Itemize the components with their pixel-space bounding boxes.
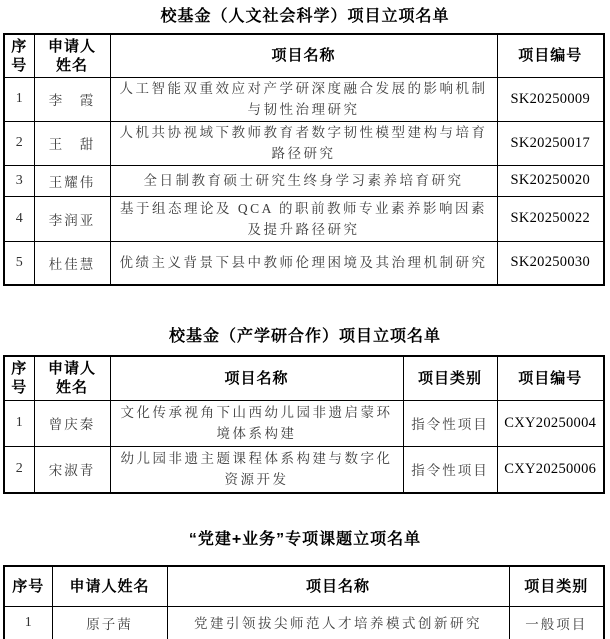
section1-title: 校基金（人文社会科学）项目立项名单 <box>0 7 610 26</box>
header-project: 项目名称 <box>110 356 403 400</box>
document-page: { "colors": { "border": "#000000", "titl… <box>0 0 610 639</box>
table-header-row: 序 号 申请人 姓名 项目名称 项目类别 项目编号 <box>4 356 604 400</box>
table-header-row: 序号 申请人姓名 项目名称 项目类别 <box>4 566 604 606</box>
header-seq: 序 号 <box>4 34 34 77</box>
header-code: 项目编号 <box>497 356 604 400</box>
table-row: 3 王耀伟 全日制教育硕士研究生终身学习素养培育研究 SK20250020 <box>4 165 604 196</box>
header-category: 项目类别 <box>509 566 604 606</box>
section2-title: 校基金（产学研合作）项目立项名单 <box>0 327 610 346</box>
cell-applicant: 王耀伟 <box>34 165 110 196</box>
header-applicant: 申请人 姓名 <box>34 34 110 77</box>
table-row: 5 杜佳慧 优绩主义背景下县中教师伦理困境及其治理机制研究 SK20250030 <box>4 241 604 285</box>
table-row: 4 李润亚 基于组态理论及 QCA 的职前教师专业素养影响因素及提升路径研究 S… <box>4 196 604 241</box>
cell-applicant: 李润亚 <box>34 196 110 241</box>
cell-project: 文化传承视角下山西幼儿园非遗启蒙环境体系构建 <box>110 400 403 446</box>
cell-seq: 5 <box>4 241 34 285</box>
cell-seq: 4 <box>4 196 34 241</box>
section3-title: “党建+业务”专项课题立项名单 <box>0 530 610 549</box>
cell-applicant: 宋淑青 <box>34 446 110 493</box>
cell-seq: 3 <box>4 165 34 196</box>
cell-code: SK20250017 <box>497 121 604 165</box>
table-row: 2 宋淑青 幼儿园非遗主题课程体系构建与数字化资源开发 指令性项目 CXY202… <box>4 446 604 493</box>
header-category: 项目类别 <box>403 356 497 400</box>
table-row: 1 原子茜 党建引领拔尖师范人才培养模式创新研究 一般项目 <box>4 606 604 639</box>
header-applicant: 申请人姓名 <box>52 566 167 606</box>
cell-code: CXY20250006 <box>497 446 604 493</box>
cell-project: 党建引领拔尖师范人才培养模式创新研究 <box>167 606 509 639</box>
cell-seq: 2 <box>4 446 34 493</box>
table-industry-cooperation-projects: 序 号 申请人 姓名 项目名称 项目类别 项目编号 1 曾庆秦 文化传承视角下山… <box>3 355 605 494</box>
table-party-building-projects: 序号 申请人姓名 项目名称 项目类别 1 原子茜 党建引领拔尖师范人才培养模式创… <box>3 565 605 639</box>
cell-seq: 1 <box>4 400 34 446</box>
cell-project: 幼儿园非遗主题课程体系构建与数字化资源开发 <box>110 446 403 493</box>
cell-applicant: 王 甜 <box>34 121 110 165</box>
cell-seq: 2 <box>4 121 34 165</box>
cell-applicant: 曾庆秦 <box>34 400 110 446</box>
cell-project: 优绩主义背景下县中教师伦理困境及其治理机制研究 <box>110 241 497 285</box>
cell-category: 指令性项目 <box>403 446 497 493</box>
cell-project: 人机共协视域下教师教育者数字韧性模型建构与培育路径研究 <box>110 121 497 165</box>
cell-code: SK20250022 <box>497 196 604 241</box>
cell-project: 基于组态理论及 QCA 的职前教师专业素养影响因素及提升路径研究 <box>110 196 497 241</box>
cell-project: 全日制教育硕士研究生终身学习素养培育研究 <box>110 165 497 196</box>
header-project: 项目名称 <box>110 34 497 77</box>
cell-category: 一般项目 <box>509 606 604 639</box>
table-humanities-projects: 序 号 申请人 姓名 项目名称 项目编号 1 李 霞 人工智能双重效应对产学研深… <box>3 33 605 286</box>
table-row: 2 王 甜 人机共协视域下教师教育者数字韧性模型建构与培育路径研究 SK2025… <box>4 121 604 165</box>
cell-code: SK20250020 <box>497 165 604 196</box>
cell-project: 人工智能双重效应对产学研深度融合发展的影响机制与韧性治理研究 <box>110 77 497 121</box>
header-code: 项目编号 <box>497 34 604 77</box>
header-applicant: 申请人 姓名 <box>34 356 110 400</box>
cell-applicant: 李 霞 <box>34 77 110 121</box>
cell-applicant: 杜佳慧 <box>34 241 110 285</box>
cell-code: CXY20250004 <box>497 400 604 446</box>
header-project: 项目名称 <box>167 566 509 606</box>
header-seq: 序号 <box>4 566 52 606</box>
cell-applicant: 原子茜 <box>52 606 167 639</box>
header-seq: 序 号 <box>4 356 34 400</box>
cell-code: SK20250009 <box>497 77 604 121</box>
cell-code: SK20250030 <box>497 241 604 285</box>
cell-seq: 1 <box>4 606 52 639</box>
table-header-row: 序 号 申请人 姓名 项目名称 项目编号 <box>4 34 604 77</box>
table-row: 1 曾庆秦 文化传承视角下山西幼儿园非遗启蒙环境体系构建 指令性项目 CXY20… <box>4 400 604 446</box>
cell-category: 指令性项目 <box>403 400 497 446</box>
cell-seq: 1 <box>4 77 34 121</box>
table-row: 1 李 霞 人工智能双重效应对产学研深度融合发展的影响机制与韧性治理研究 SK2… <box>4 77 604 121</box>
